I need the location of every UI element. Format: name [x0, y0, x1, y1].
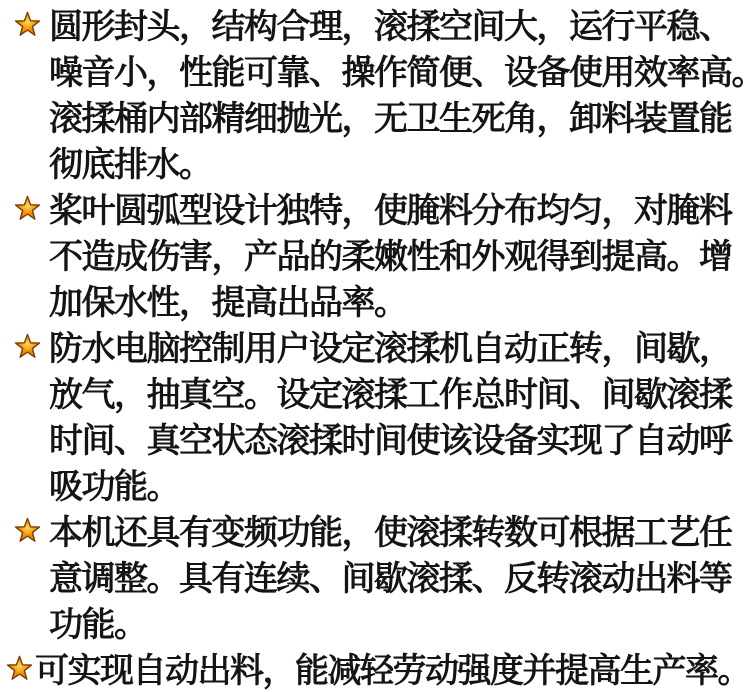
star-icon [14, 195, 41, 222]
bullet-text: 防水电脑控制用户设定滚揉机自动正转，间歇，放气，抽真空。设定滚揉工作总时间、间歇… [49, 326, 755, 510]
bullet-line: 滚揉桶内部精细抛光，无卫生死角，卸料装置能 [49, 96, 755, 142]
bullet-item: 桨叶圆弧型设计独特，使腌料分布均匀，对腌料不造成伤害，产品的柔嫩性和外观得到提高… [0, 188, 755, 326]
bullet-line: 意调整。具有连续、间歇滚揉、反转滚动出料等 [49, 556, 755, 602]
bullet-line: 放气，抽真空。设定滚揉工作总时间、间歇滚揉 [49, 372, 755, 418]
bullet-list: 圆形封头，结构合理，滚揉空间大，运行平稳、噪音小，性能可靠、操作简便、设备使用效… [0, 4, 755, 692]
bullet-text: 桨叶圆弧型设计独特，使腌料分布均匀，对腌料不造成伤害，产品的柔嫩性和外观得到提高… [49, 188, 755, 326]
bullet-item: 防水电脑控制用户设定滚揉机自动正转，间歇，放气，抽真空。设定滚揉工作总时间、间歇… [0, 326, 755, 510]
bullet-line: 桨叶圆弧型设计独特，使腌料分布均匀，对腌料 [49, 188, 755, 234]
bullet-text: 可实现自动出料，能减轻劳动强度并提高生产率。 [35, 648, 755, 692]
bullet-text: 圆形封头，结构合理，滚揉空间大，运行平稳、噪音小，性能可靠、操作简便、设备使用效… [49, 4, 755, 188]
star-icon [14, 11, 41, 38]
bullet-line: 加保水性，提高出品率。 [49, 280, 755, 326]
bullet-line: 噪音小，性能可靠、操作简便、设备使用效率高。 [49, 50, 755, 96]
bullet-line: 彻底排水。 [49, 142, 755, 188]
bullet-text: 本机还具有变频功能，使滚揉转数可根据工艺任意调整。具有连续、间歇滚揉、反转滚动出… [49, 510, 755, 648]
bullet-line: 可实现自动出料，能减轻劳动强度并提高生产率。 [35, 648, 755, 692]
bullet-line: 不造成伤害，产品的柔嫩性和外观得到提高。增 [49, 234, 755, 280]
star-icon [14, 517, 41, 544]
product-description-page: 圆形封头，结构合理，滚揉空间大，运行平稳、噪音小，性能可靠、操作简便、设备使用效… [0, 0, 755, 692]
star-icon [14, 333, 41, 360]
bullet-line: 防水电脑控制用户设定滚揉机自动正转，间歇， [49, 326, 755, 372]
bullet-line: 圆形封头，结构合理，滚揉空间大，运行平稳、 [49, 4, 755, 50]
bullet-line: 吸功能。 [49, 464, 755, 510]
bullet-line: 本机还具有变频功能，使滚揉转数可根据工艺任 [49, 510, 755, 556]
bullet-item: 本机还具有变频功能，使滚揉转数可根据工艺任意调整。具有连续、间歇滚揉、反转滚动出… [0, 510, 755, 648]
bullet-line: 时间、真空状态滚揉时间使该设备实现了自动呼 [49, 418, 755, 464]
star-icon [6, 655, 33, 682]
bullet-line: 功能。 [49, 602, 755, 648]
bullet-item: 圆形封头，结构合理，滚揉空间大，运行平稳、噪音小，性能可靠、操作简便、设备使用效… [0, 4, 755, 188]
bullet-item: 可实现自动出料，能减轻劳动强度并提高生产率。 [0, 648, 755, 692]
